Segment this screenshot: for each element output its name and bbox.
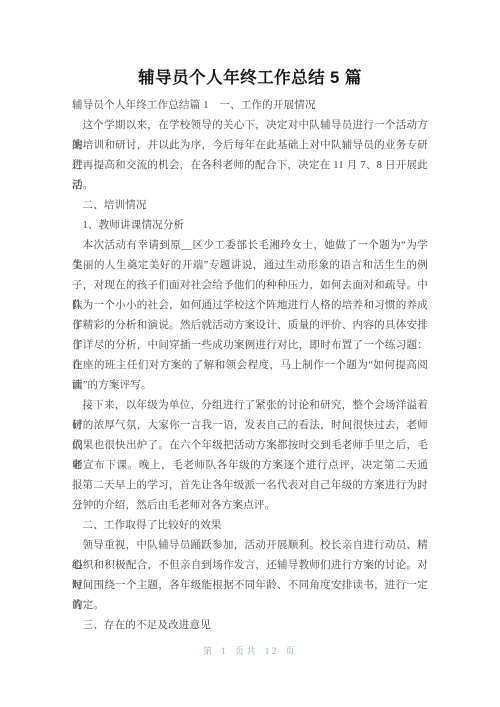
document-line: 本次活动有幸请到原__区少工委部长毛湘玲女士，她做了一个题为“为学生 — [72, 236, 428, 256]
document-page: 辅导员个人年终工作总结 5 篇 辅导员个人年终工作总结篇 1 一、工作的开展情况… — [0, 0, 500, 707]
document-line: 肯定。 — [72, 596, 428, 616]
document-line: 了精彩的分析和演说。然后就活动方案设计、质量的评价、内容的具体安排作 — [72, 316, 428, 336]
document-line: 三、存在的不足及改进意见 — [72, 616, 428, 636]
document-line: 1、教师讲课情况分析 — [72, 216, 428, 236]
document-line: 师宣布下课。晚上，毛老师队各年级的方案逐个进行点评，决定第二天通报。 — [72, 456, 428, 476]
document-line: 成果也很快出炉了。在六个年级把活动方案都按时交到毛老师手里之后，毛老 — [72, 436, 428, 456]
document-line: 讨的浓厚气氛，大家你一言我一语，发表自己的看法，时间很快过去，老师们 — [72, 416, 428, 436]
document-line: 美丽的人生奠定美好的开端”专题讲说，通过生动形象的语言和活生生的例 — [72, 256, 428, 276]
document-line: 在座的班主任们对方案的了解和领会程度，马上制作一个题为“如何提高阅读 — [72, 356, 428, 376]
document-title: 辅导员个人年终工作总结 5 篇 — [0, 0, 500, 90]
document-line: 领导重视，中队辅导员踊跃参加，活动开展顺利。校长亲自进行动员、精心 — [72, 536, 428, 556]
document-line: 子，对现在的孩子们面对社会给予他们的种种压力，如何去面对和疏导。中队 — [72, 276, 428, 296]
document-line: 组织和积极配合，不但亲自到场作发言，还辅导教师们进行方案的讨论。对短 — [72, 556, 428, 576]
document-line: 这个学期以来，在学校领导的关心下，决定对中队辅导员进行一个活动方案 — [72, 116, 428, 136]
document-line: 的培训和研讨，并以此为序，今后每年在此基础上对中队辅导员的业务专研进 — [72, 136, 428, 156]
document-line: 辅导员个人年终工作总结篇 1 一、工作的开展情况 — [72, 96, 428, 116]
page-footer: 第 1 页共 12 页 — [0, 641, 500, 659]
document-line: 第二天早上的学习，首先让各年级派一名代表对自己年级的方案进行为时三 — [72, 476, 428, 496]
document-line: 作为一个小小的社会，如何通过学校这个阵地进行人格的培养和习惯的养成作 — [72, 296, 428, 316]
pagination-label: 第 1 页共 12 页 — [203, 646, 297, 656]
document-line: 二、工作取得了比较好的效果 — [72, 516, 428, 536]
document-line: 时间围绕一个主题，各年级能根据不同年龄、不同角度安排读书，进行一定的 — [72, 576, 428, 596]
document-line: 行再提高和交流的机会，在各科老师的配合下，决定在 11 月 7、8 日开展此活 — [72, 156, 428, 176]
document-line: 接下来，以年级为单位，分组进行了紧张的讨论和研究，整个会场洋溢着研 — [72, 396, 428, 416]
document-body: 辅导员个人年终工作总结篇 1 一、工作的开展情况 这个学期以来，在学校领导的关心… — [72, 96, 428, 636]
document-line: 动。 — [72, 176, 428, 196]
document-line: 二、培训情况 — [72, 196, 428, 216]
document-line: 面”的方案评写。 — [72, 376, 428, 396]
document-line: 分钟的介绍，然后由毛老师对各方案点评。 — [72, 496, 428, 516]
document-line: 了详尽的分析，中间穿插一些成功案例进行对比，即时布置了一个练习题：让 — [72, 336, 428, 356]
